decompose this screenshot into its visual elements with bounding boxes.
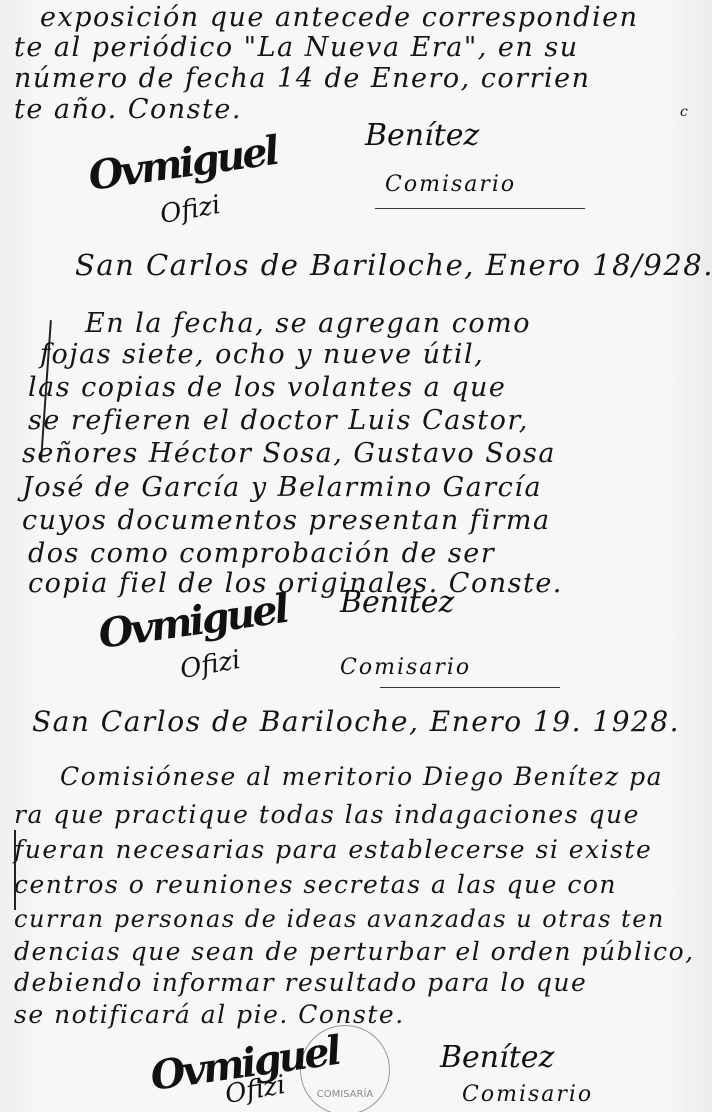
text-line: te año. Conste. (14, 94, 242, 125)
stamp-text: COMISARÍA (317, 1089, 374, 1100)
text-line: En la fecha, se agregan como (85, 308, 531, 339)
signature-right: Benítez (365, 118, 479, 153)
text-line: fojas siete, ocho y nueve útil, (40, 339, 484, 370)
signature-rule (375, 208, 585, 209)
text-line: se refieren el doctor Luis Castor, (28, 405, 529, 436)
text-line: dencias que sean de perturbar el orden p… (14, 937, 695, 966)
text-line: señores Héctor Sosa, Gustavo Sosa (22, 438, 556, 469)
text-line: te al periódico "La Nueva Era", en su (14, 32, 579, 63)
page-marker: c (680, 104, 688, 120)
text-line: debiendo informar resultado para lo que (14, 968, 587, 997)
text-line: exposición que antecede correspondien (40, 2, 638, 33)
text-line: dos como comprobación de ser (28, 538, 495, 569)
signature-left-secondary: Ofizi (158, 190, 223, 230)
text-line: copia fiel de los originales. Conste. (28, 568, 563, 599)
signature-right: Benítez (440, 1040, 554, 1075)
text-line: las copias de los volantes a que (28, 372, 506, 403)
text-line: cuyos documentos presentan firma (22, 505, 551, 536)
signature-title: Comisario (462, 1082, 593, 1107)
signature-left: Ovmiguel (86, 127, 280, 200)
document-page: exposición que antecede correspondien te… (0, 0, 712, 1112)
signature-title: Comisario (385, 172, 516, 197)
signature-title: Comisario (340, 655, 471, 680)
text-line: ra que practique todas las indagaciones … (14, 800, 640, 829)
text-line: José de García y Belarmino García (22, 472, 542, 503)
text-line: centros o reuniones secretas a las que c… (14, 870, 617, 899)
dateline: San Carlos de Bariloche, Enero 18/928. (75, 248, 712, 282)
signature-left-secondary: Ofizi (178, 645, 243, 685)
signature-rule (380, 687, 560, 688)
text-line: Comisiónese al meritorio Diego Benítez p… (60, 762, 663, 791)
signature-right: Benítez (340, 585, 454, 620)
text-line: curran personas de ideas avanzadas u otr… (14, 905, 665, 933)
text-line: fueran necesarias para establecerse si e… (14, 835, 652, 864)
text-line: número de fecha 14 de Enero, corrien (14, 63, 591, 94)
dateline: San Carlos de Bariloche, Enero 19. 1928. (32, 705, 680, 738)
